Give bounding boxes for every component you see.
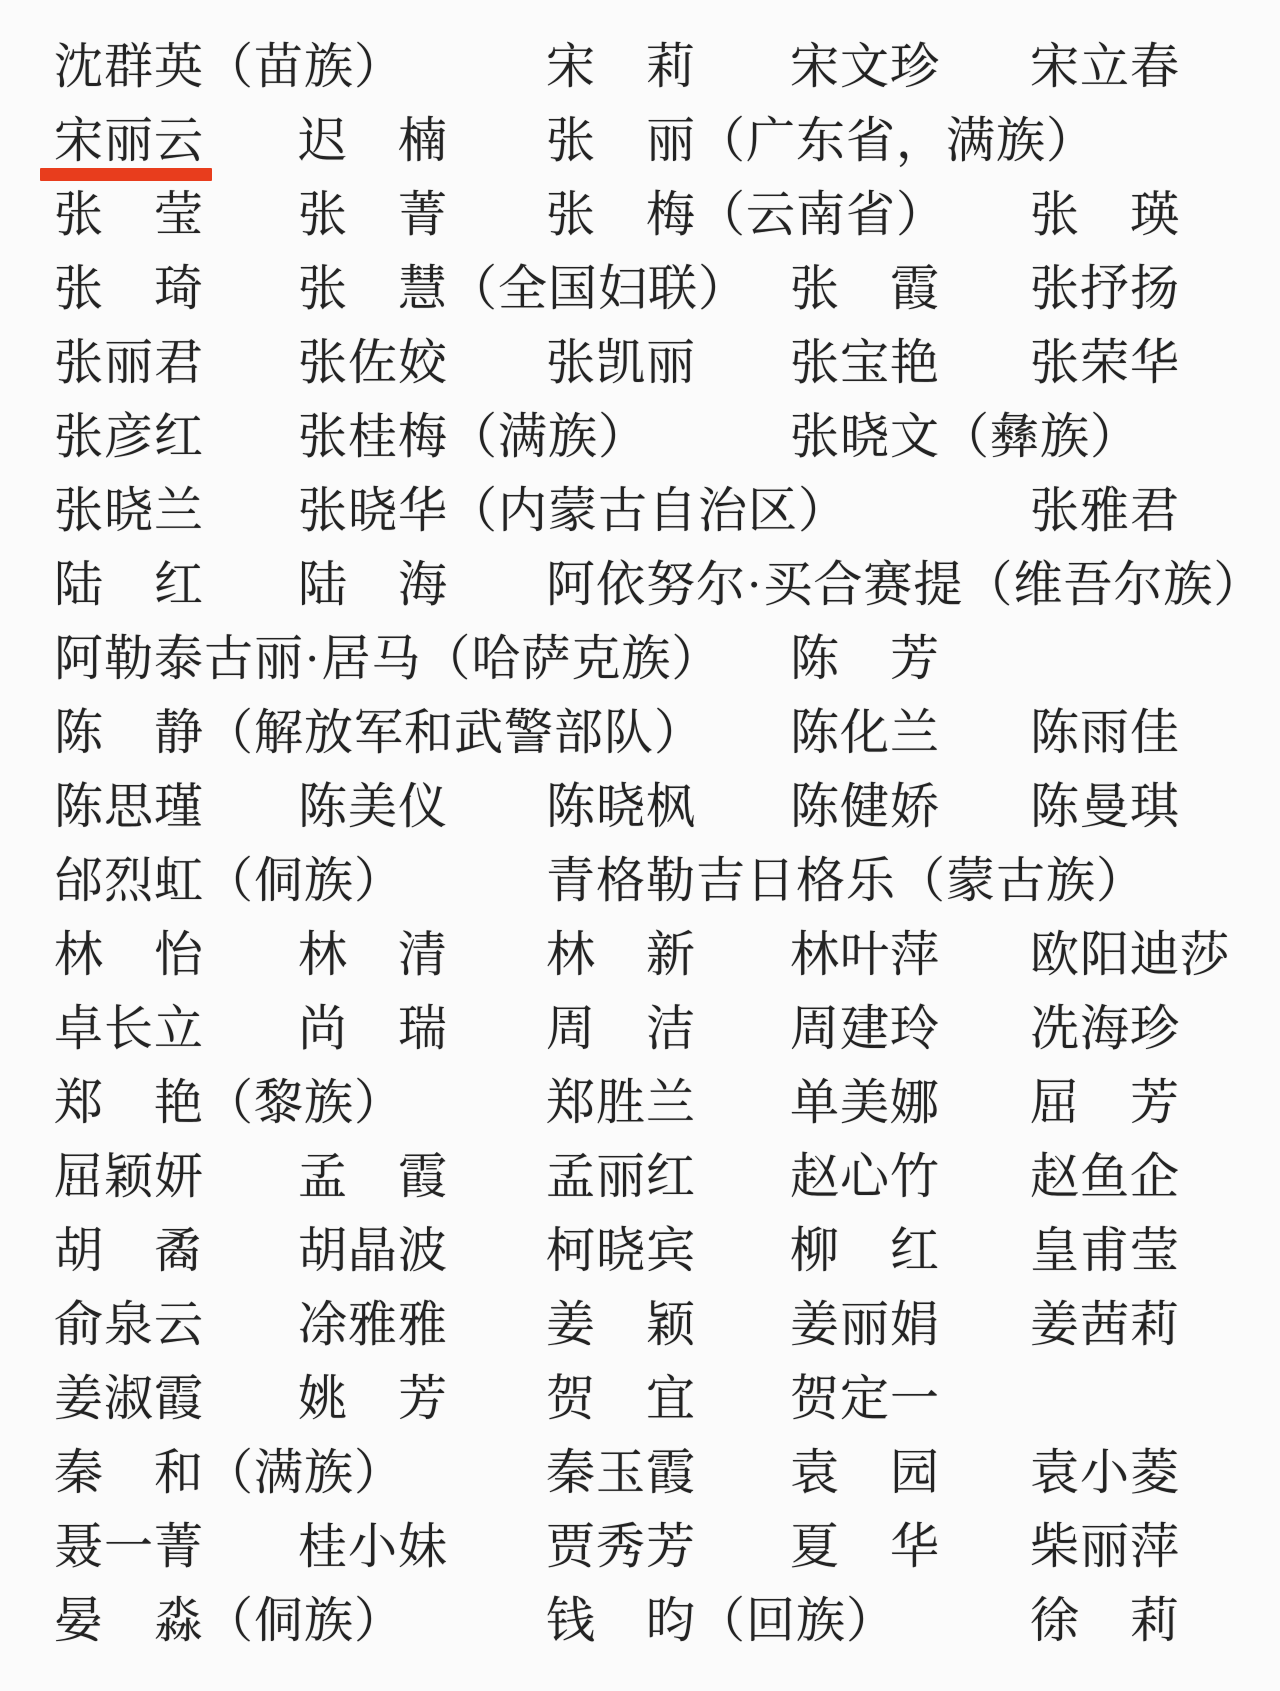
name-entry: 林 怡 xyxy=(54,924,204,986)
name-entry: 张雅君 xyxy=(1030,480,1180,542)
name-entry: 欧阳迪莎 xyxy=(1030,924,1230,986)
name-entry: 单美娜 xyxy=(790,1072,940,1134)
name-entry: 卓长立 xyxy=(54,998,204,1060)
name-entry: 胡晶波 xyxy=(298,1220,448,1282)
name-entry: 张 丽（广东省，满族） xyxy=(546,110,1096,172)
name-entry: 张 琦 xyxy=(54,258,204,320)
name-entry: 晏 淼（侗族） xyxy=(54,1590,404,1652)
name-entry: 郑 艳（黎族） xyxy=(54,1072,404,1134)
name-entry: 周建玲 xyxy=(790,998,940,1060)
name-entry: 张彦红 xyxy=(54,406,204,468)
name-entry: 张 霞 xyxy=(790,258,940,320)
name-entry: 孟 霞 xyxy=(298,1146,448,1208)
name-entry: 张抒扬 xyxy=(1030,258,1180,320)
name-entry: 陆 海 xyxy=(298,554,448,616)
name-entry: 俞泉云 xyxy=(54,1294,204,1356)
name-entry: 迟 楠 xyxy=(298,110,448,172)
name-entry: 陈美仪 xyxy=(298,776,448,838)
name-entry: 张荣华 xyxy=(1030,332,1180,394)
name-entry: 柴丽萍 xyxy=(1030,1516,1180,1578)
name-entry: 姜 颖 xyxy=(546,1294,696,1356)
name-entry: 秦 和（满族） xyxy=(54,1442,404,1504)
name-entry: 陈化兰 xyxy=(790,702,940,764)
name-entry: 周 洁 xyxy=(546,998,696,1060)
name-entry: 陈思瑾 xyxy=(54,776,204,838)
name-entry: 张 梅（云南省） xyxy=(546,184,946,246)
name-entry: 沈群英（苗族） xyxy=(54,36,404,98)
name-entry: 陆 红 xyxy=(54,554,204,616)
name-entry: 袁小菱 xyxy=(1030,1442,1180,1504)
name-entry: 张凯丽 xyxy=(546,332,696,394)
name-entry: 张 莹 xyxy=(54,184,204,246)
name-entry: 阿依努尔·买合赛提（维吾尔族） xyxy=(546,554,1263,616)
name-entry: 林 新 xyxy=(546,924,696,986)
name-entry: 贺 宜 xyxy=(546,1368,696,1430)
name-entry: 张 瑛 xyxy=(1030,184,1180,246)
name-entry: 姜丽娟 xyxy=(790,1294,940,1356)
name-entry: 聂一菁 xyxy=(54,1516,204,1578)
name-entry: 宋 莉 xyxy=(546,36,696,98)
name-entry: 屈 芳 xyxy=(1030,1072,1180,1134)
name-entry: 张晓文（彝族） xyxy=(790,406,1140,468)
name-entry: 张 菁 xyxy=(298,184,448,246)
name-entry: 尚 瑞 xyxy=(298,998,448,1060)
name-entry: 赵心竹 xyxy=(790,1146,940,1208)
name-entry: 屈颖妍 xyxy=(54,1146,204,1208)
name-entry: 陈 芳 xyxy=(790,628,940,690)
name-entry: 孟丽红 xyxy=(546,1146,696,1208)
name-entry: 桂小妹 xyxy=(298,1516,448,1578)
name-entry: 阿勒泰古丽·居马（哈萨克族） xyxy=(54,628,721,690)
name-entry: 张晓兰 xyxy=(54,480,204,542)
name-entry: 张宝艳 xyxy=(790,332,940,394)
name-entry: 陈 静（解放军和武警部队） xyxy=(54,702,704,764)
name-entry: 柳 红 xyxy=(790,1220,940,1282)
name-entry: 林 清 xyxy=(298,924,448,986)
name-entry: 秦玉霞 xyxy=(546,1442,696,1504)
name-entry: 贺定一 xyxy=(790,1368,940,1430)
name-entry: 张佐姣 xyxy=(298,332,448,394)
highlight-underline xyxy=(40,168,212,181)
name-entry: 陈健娇 xyxy=(790,776,940,838)
name-entry: 青格勒吉日格乐（蒙古族） xyxy=(546,850,1146,912)
name-entry: 郑胜兰 xyxy=(546,1072,696,1134)
name-entry: 冼海珍 xyxy=(1030,998,1180,1060)
name-entry: 夏 华 xyxy=(790,1516,940,1578)
name-entry: 陈雨佳 xyxy=(1030,702,1180,764)
name-entry: 林叶萍 xyxy=(790,924,940,986)
name-entry: 邰烈虹（侗族） xyxy=(54,850,404,912)
name-entry: 皇甫莹 xyxy=(1030,1220,1180,1282)
name-entry: 宋文珍 xyxy=(790,36,940,98)
name-entry: 张丽君 xyxy=(54,332,204,394)
name-entry: 贾秀芳 xyxy=(546,1516,696,1578)
name-entry: 张晓华（内蒙古自治区） xyxy=(298,480,848,542)
name-entry: 赵鱼企 xyxy=(1030,1146,1180,1208)
name-entry: 陈曼琪 xyxy=(1030,776,1180,838)
document-page: 沈群英（苗族）宋 莉宋文珍宋立春宋丽云迟 楠张 丽（广东省，满族）张 莹张 菁张… xyxy=(0,0,1280,1691)
name-entry: 张 慧（全国妇联） xyxy=(298,258,748,320)
name-entry: 凃雅雅 xyxy=(298,1294,448,1356)
name-entry: 柯晓宾 xyxy=(546,1220,696,1282)
name-entry: 张桂梅（满族） xyxy=(298,406,648,468)
name-entry: 姚 芳 xyxy=(298,1368,448,1430)
name-entry: 宋立春 xyxy=(1030,36,1180,98)
name-entry: 钱 昀（回族） xyxy=(546,1590,896,1652)
name-entry: 袁 园 xyxy=(790,1442,940,1504)
name-entry: 宋丽云 xyxy=(54,110,204,172)
name-entry: 徐 莉 xyxy=(1030,1590,1180,1652)
name-entry: 姜淑霞 xyxy=(54,1368,204,1430)
name-entry: 胡 矞 xyxy=(54,1220,204,1282)
name-entry: 姜茜莉 xyxy=(1030,1294,1180,1356)
name-entry: 陈晓枫 xyxy=(546,776,696,838)
